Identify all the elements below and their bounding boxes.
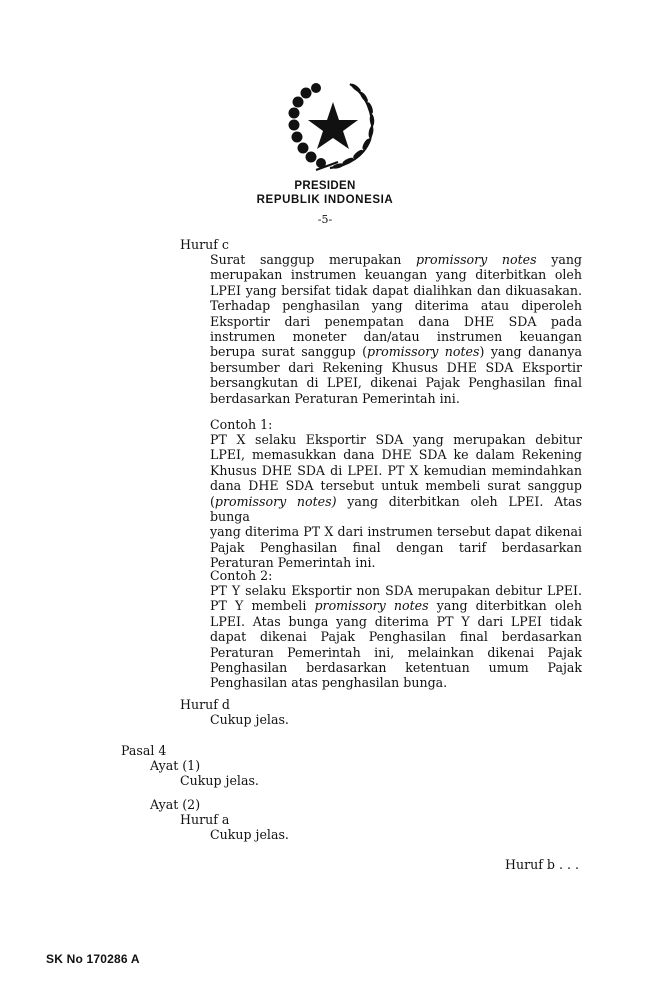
paragraph-line: Penghasilan berdasarkan ketentuan umum P…: [210, 660, 582, 675]
paragraph-line: bersumber dari Rekening Khusus DHE SDA E…: [210, 360, 582, 375]
paragraph-line: Peraturan Pemerintah ini, melainkan dike…: [210, 645, 582, 660]
paragraph-line: LPEI, memasukkan dana DHE SDA ke dalam R…: [210, 447, 582, 462]
paragraph-line: LPEI. Atas bunga yang diterima PT Y dari…: [210, 614, 582, 629]
ayat-1-text: Cukup jelas.: [180, 773, 259, 788]
contoh-1-label: Contoh 1:: [210, 417, 272, 432]
paragraph-line: Terhadap penghasilan yang diterima atau …: [210, 298, 582, 313]
paragraph-line: PT Y membeli promissory notes yang diter…: [210, 598, 582, 613]
huruf-d-label: Huruf d: [180, 697, 230, 712]
paragraph-line: LPEI yang bersifat tidak dapat dialihkan…: [210, 283, 582, 298]
huruf-c-label: Huruf c: [180, 237, 229, 252]
paragraph-line: bersangkutan di LPEI, dikenai Pajak Peng…: [210, 375, 582, 390]
contoh-2-label: Contoh 2:: [210, 568, 272, 583]
contoh-2-paragraph: PT Y selaku Eksportir non SDA merupakan …: [210, 583, 582, 691]
ayat-2-label: Ayat (2): [150, 797, 200, 812]
paragraph-line: Eksportir dari penempatan dana DHE SDA p…: [210, 314, 582, 329]
header-presiden: PRESIDEN: [0, 180, 650, 192]
pasal-4-label: Pasal 4: [121, 743, 166, 758]
paragraph-line: dana DHE SDA tersebut untuk membeli sura…: [210, 478, 582, 493]
paragraph-line: Surat sanggup merupakan promissory notes…: [210, 252, 582, 267]
paragraph-line: berdasarkan Peraturan Pemerintah ini.: [210, 391, 582, 406]
ayat-2-huruf-a-text: Cukup jelas.: [210, 827, 289, 842]
page-number: -5-: [0, 213, 650, 226]
continuation-marker: Huruf b . . .: [505, 857, 579, 872]
huruf-d-text: Cukup jelas.: [210, 712, 289, 727]
paragraph-line: instrumen moneter dan/atau instrumen keu…: [210, 329, 582, 344]
paragraph-line: merupakan instrumen keuangan yang diterb…: [210, 267, 582, 282]
huruf-c-paragraph: Surat sanggup merupakan promissory notes…: [210, 252, 582, 406]
paragraph-line: Khusus DHE SDA di LPEI. PT X kemudian me…: [210, 463, 582, 478]
paragraph-line: dapat dikenai Pajak Penghasilan final be…: [210, 629, 582, 644]
paragraph-line: (promissory notes) yang diterbitkan oleh…: [210, 494, 582, 525]
header-republik-indonesia: REPUBLIK INDONESIA: [0, 194, 650, 206]
contoh-1-paragraph: PT X selaku Eksportir SDA yang merupakan…: [210, 432, 582, 571]
ayat-2-huruf-a-label: Huruf a: [180, 812, 229, 827]
presidential-emblem-icon: [286, 78, 378, 174]
paragraph-line: yang diterima PT X dari instrumen terseb…: [210, 524, 582, 539]
ayat-1-label: Ayat (1): [150, 758, 200, 773]
paragraph-line: Pajak Penghasilan final dengan tarif ber…: [210, 540, 582, 555]
paragraph-line: Penghasilan atas penghasilan bunga.: [210, 675, 582, 690]
sk-number: SK No 170286 A: [46, 952, 140, 966]
paragraph-line: PT X selaku Eksportir SDA yang merupakan…: [210, 432, 582, 447]
paragraph-line: berupa surat sanggup (promissory notes) …: [210, 344, 582, 359]
paragraph-line: PT Y selaku Eksportir non SDA merupakan …: [210, 583, 582, 598]
